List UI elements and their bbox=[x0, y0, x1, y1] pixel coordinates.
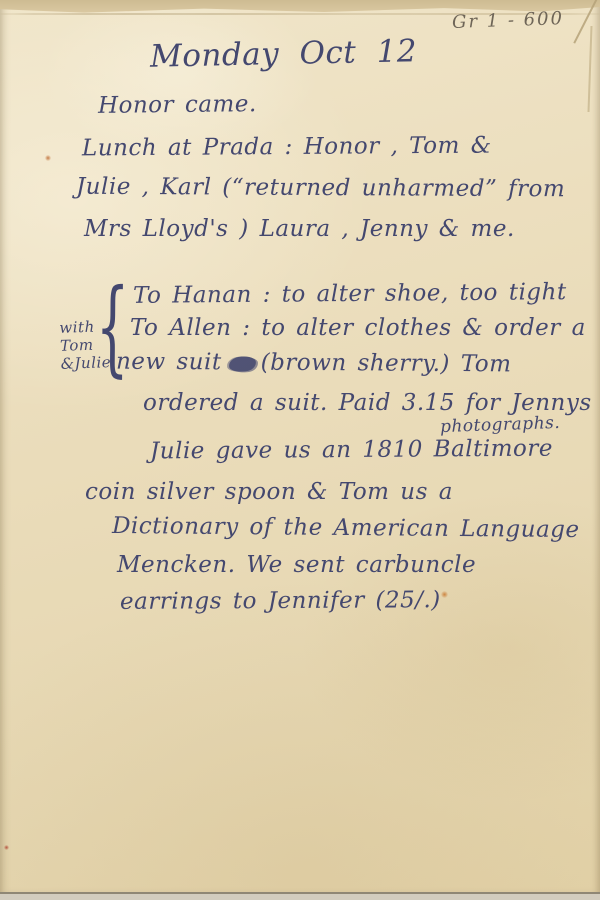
margin-note-brace: { bbox=[96, 276, 130, 377]
diary-page: Gr 1 - 600 Monday Oct 12 Honor came. Lun… bbox=[0, 0, 600, 900]
diary-line-8-inserted-word: photographs. bbox=[440, 413, 561, 437]
date-heading: Monday Oct 12 bbox=[150, 33, 418, 75]
foxing-spot bbox=[45, 155, 51, 161]
diary-line-13: earrings to Jennifer (25/.) bbox=[120, 587, 441, 615]
diary-line-7-before-scribble: new suit bbox=[116, 349, 222, 376]
diary-line-5: To Hanan : to alter shoe, too tight bbox=[133, 279, 567, 309]
foxing-spot bbox=[441, 591, 448, 598]
diary-line-6: To Allen : to alter clothes & order a bbox=[130, 315, 586, 341]
diary-line-10: coin silver spoon & Tom us a bbox=[85, 479, 453, 505]
diary-line-2: Lunch at Prada : Honor , Tom & bbox=[82, 133, 492, 162]
diary-line-3: Julie , Karl (“returned unharmed” from bbox=[76, 174, 565, 203]
diary-line-7-after-scribble: (brown sherry.) Tom bbox=[261, 350, 512, 378]
page-bottom-edge bbox=[0, 892, 600, 900]
diary-line-12: Mencken. We sent carbuncle bbox=[117, 552, 476, 578]
right-page-edge-line bbox=[587, 26, 592, 112]
crossed-out-word-scribble bbox=[228, 355, 256, 372]
diary-line-9: Julie gave us an 1810 Baltimore bbox=[150, 436, 553, 465]
diary-line-8: ordered a suit. Paid 3.15 for Jennys bbox=[143, 390, 592, 416]
diary-line-4: Mrs Lloyd's ) Laura , Jenny & me. bbox=[84, 216, 515, 242]
foxing-spot bbox=[4, 845, 9, 850]
scanned-diary-photo: Gr 1 - 600 Monday Oct 12 Honor came. Lun… bbox=[0, 0, 600, 900]
diary-line-1: Honor came. bbox=[98, 91, 257, 119]
diary-line-7: new suit(brown sherry.) Tom bbox=[116, 349, 512, 378]
archive-pencil-code: Gr 1 - 600 bbox=[452, 8, 565, 33]
diary-line-11: Dictionary of the American Language bbox=[112, 513, 580, 543]
